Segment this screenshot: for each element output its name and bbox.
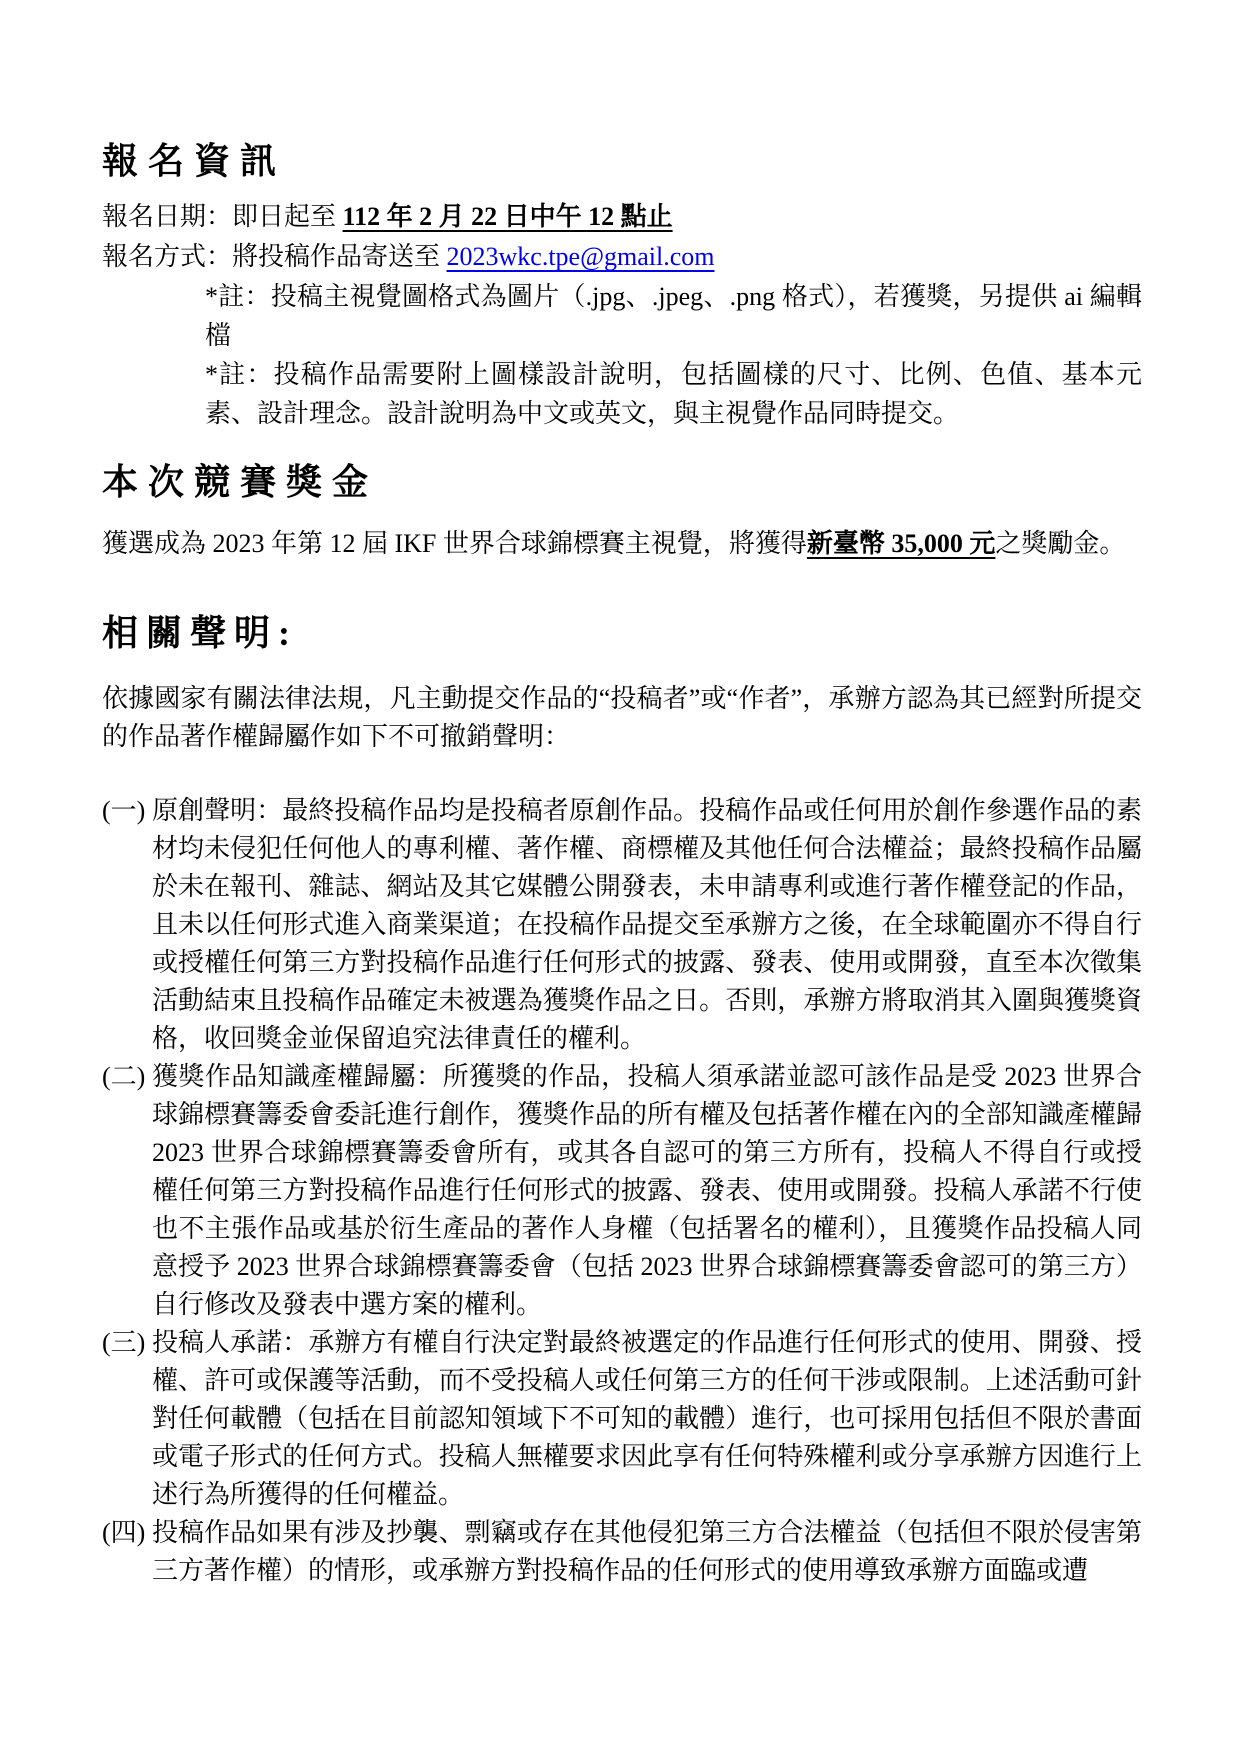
section-heading-statements: 相關聲明: bbox=[102, 612, 1142, 655]
note-image-format: *註：投稿主視覺圖格式為圖片（.jpg、.jpeg、.png 格式），若獲獎，另… bbox=[205, 277, 1142, 355]
prize-line: 獲選成為 2023 年第 12 屆 IKF 世界合球錦標賽主視覺，將獲得新臺幣 … bbox=[102, 524, 1142, 564]
prize-suffix: 之獎勵金。 bbox=[995, 529, 1125, 558]
registration-date-label: 報名日期：即日起至 bbox=[102, 202, 343, 231]
statement-marker-3: (三) bbox=[102, 1324, 152, 1514]
document-page: 報名資訊 報名日期：即日起至 112 年 2 月 22 日中午 12 點止 報名… bbox=[0, 0, 1240, 1755]
note-design-description: *註：投稿作品需要附上圖樣設計說明，包括圖樣的尺寸、比例、色值、基本元素、設計理… bbox=[205, 355, 1142, 433]
statement-item-2: (二) 獲獎作品知識產權歸屬：所獲獎的作品，投稿人須承諾並認可該作品是受 202… bbox=[102, 1058, 1142, 1324]
registration-notes: *註：投稿主視覺圖格式為圖片（.jpg、.jpeg、.png 格式），若獲獎，另… bbox=[205, 277, 1142, 433]
registration-method-label: 報名方式：將投稿作品寄送至 bbox=[102, 242, 447, 271]
statement-marker-2: (二) bbox=[102, 1058, 152, 1324]
statement-text-originality: 原創聲明：最終投稿作品均是投稿者原創作品。投稿作品或任何用於創作參選作品的素材均… bbox=[152, 792, 1142, 1058]
statement-item-3: (三) 投稿人承諾：承辦方有權自行決定對最終被選定的作品進行任何形式的使用、開發… bbox=[102, 1324, 1142, 1514]
statements-intro: 依據國家有關法律法規，凡主動提交作品的“投稿者”或“作者”，承辦方認為其已經對所… bbox=[102, 680, 1142, 756]
statement-text-plagiarism: 投稿作品如果有涉及抄襲、剽竊或存在其他侵犯第三方合法權益（包括但不限於侵害第三方… bbox=[152, 1514, 1142, 1590]
registration-date-line: 報名日期：即日起至 112 年 2 月 22 日中午 12 點止 bbox=[102, 197, 1142, 237]
registration-deadline: 112 年 2 月 22 日中午 12 點止 bbox=[343, 202, 673, 231]
statement-marker-4: (四) bbox=[102, 1514, 152, 1590]
section-heading-prize: 本次競賽獎金 bbox=[102, 461, 1142, 504]
section-heading-registration: 報名資訊 bbox=[102, 140, 1142, 183]
statement-list: (一) 原創聲明：最終投稿作品均是投稿者原創作品。投稿作品或任何用於創作參選作品… bbox=[102, 792, 1142, 1590]
statement-text-ip-ownership: 獲獎作品知識產權歸屬：所獲獎的作品，投稿人須承諾並認可該作品是受 2023 世界… bbox=[152, 1058, 1142, 1324]
email-link[interactable]: 2023wkc.tpe@gmail.com bbox=[447, 242, 715, 271]
statement-item-4: (四) 投稿作品如果有涉及抄襲、剽竊或存在其他侵犯第三方合法權益（包括但不限於侵… bbox=[102, 1514, 1142, 1590]
prize-prefix: 獲選成為 2023 年第 12 屆 IKF 世界合球錦標賽主視覺，將獲得 bbox=[102, 529, 807, 558]
prize-amount: 新臺幣 35,000 元 bbox=[807, 529, 996, 558]
registration-method-line: 報名方式：將投稿作品寄送至 2023wkc.tpe@gmail.com bbox=[102, 237, 1142, 277]
statement-text-contributor-promise: 投稿人承諾：承辦方有權自行決定對最終被選定的作品進行任何形式的使用、開發、授權、… bbox=[152, 1324, 1142, 1514]
statement-item-1: (一) 原創聲明：最終投稿作品均是投稿者原創作品。投稿作品或任何用於創作參選作品… bbox=[102, 792, 1142, 1058]
statement-marker-1: (一) bbox=[102, 792, 152, 1058]
